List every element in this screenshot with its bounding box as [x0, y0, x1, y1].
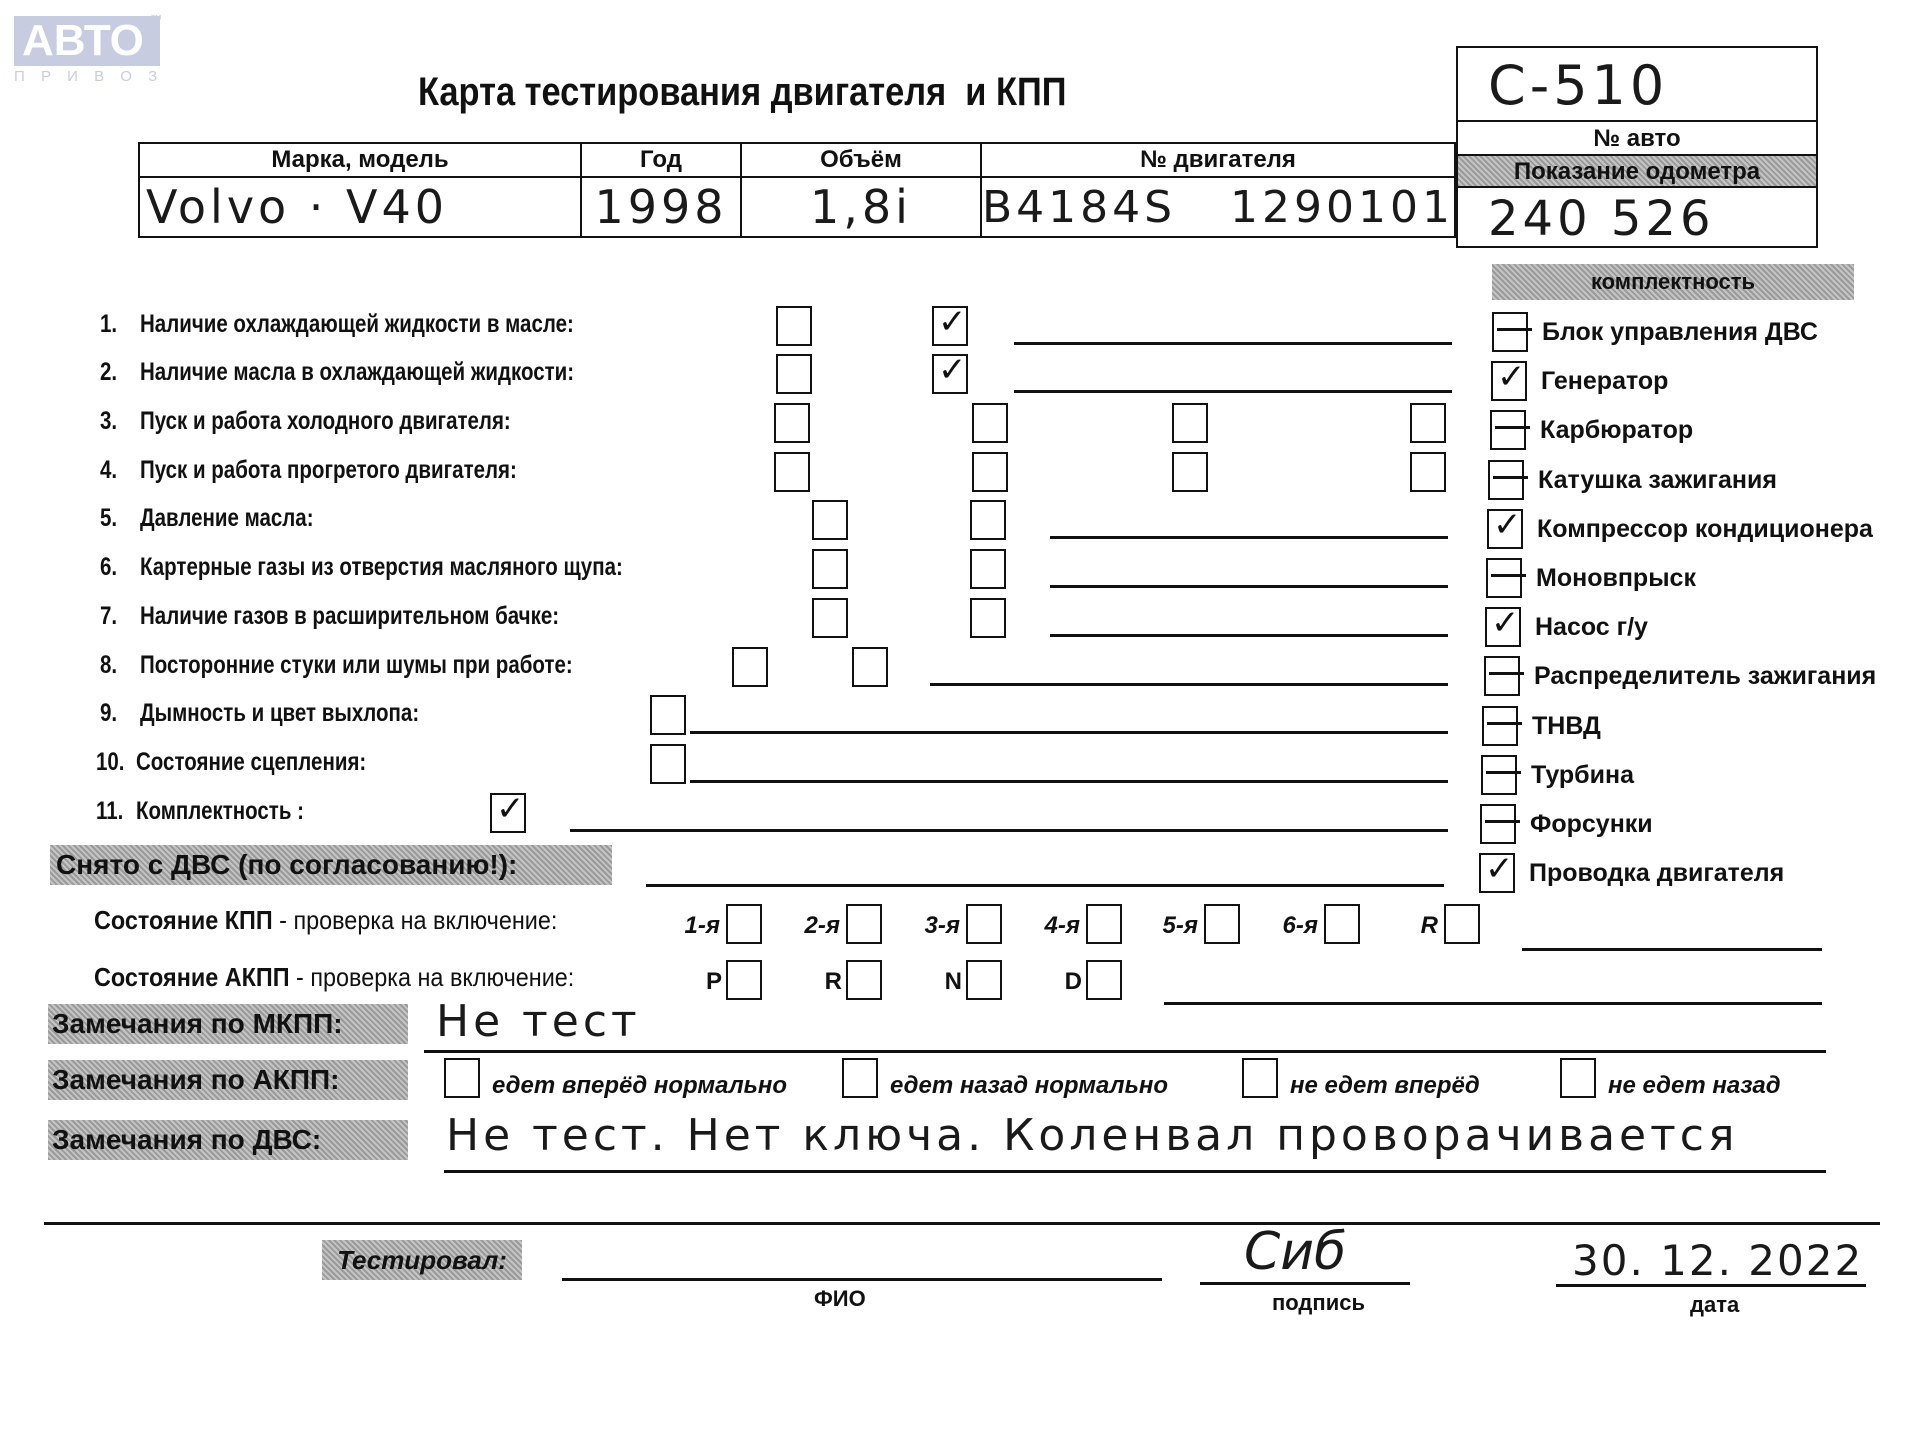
auto-mode-label: D — [1065, 968, 1082, 996]
mkpp-remarks-line — [424, 1050, 1826, 1053]
gear-checkbox[interactable] — [1444, 904, 1480, 944]
question-number: 9. — [100, 699, 117, 728]
gear-label: 2-я — [805, 912, 840, 940]
question-text: Наличие охлаждающей жидкости в масле: — [140, 310, 574, 339]
manual-gearbox-label-rest: - проверка на включение: — [273, 905, 558, 935]
gear-label: 6-я — [1283, 912, 1318, 940]
tested-by-label: Тестировал: — [322, 1240, 522, 1280]
option-checkbox[interactable] — [970, 500, 1006, 540]
completeness-checkbox[interactable]: ✓ — [1491, 361, 1527, 401]
gear-checkbox[interactable] — [1086, 904, 1122, 944]
question-text: Посторонние стуки или шумы при работе: — [140, 651, 573, 680]
fio-line[interactable] — [562, 1278, 1162, 1281]
option-checkbox[interactable] — [812, 598, 848, 638]
mkpp-remarks-value[interactable]: Не тест — [436, 996, 641, 1047]
completeness-title: комплектность — [1492, 264, 1854, 300]
dvs-remarks-label: Замечания по ДВС: — [48, 1120, 408, 1160]
auto-mode-label: N — [945, 968, 962, 996]
gear-label: R — [1421, 912, 1438, 940]
auto-gearbox-label-rest: - проверка на включение: — [290, 962, 575, 992]
completeness-item-label: Карбюратор — [1540, 416, 1693, 445]
question-number: 5. — [100, 504, 117, 533]
option-checkbox[interactable] — [774, 452, 810, 492]
auto-gearbox-row: Состояние АКПП - проверка на включение: — [94, 962, 574, 993]
gear-checkbox[interactable] — [846, 904, 882, 944]
signature-label: подпись — [1272, 1290, 1365, 1316]
completeness-checkbox[interactable]: ✓ — [1485, 607, 1521, 647]
engine-number-value: B4184S 1290101 — [981, 177, 1455, 237]
option-checkbox[interactable]: ✓ — [932, 354, 968, 394]
question-notes-line[interactable] — [1014, 390, 1452, 393]
gear-label: 1-я — [685, 912, 720, 940]
date-line[interactable] — [1556, 1284, 1866, 1287]
question-number: 2. — [100, 358, 117, 387]
checkmark-icon: ✓ — [496, 789, 525, 829]
car-number-label: № авто — [1458, 122, 1816, 156]
checkmark-icon: ✓ — [938, 302, 967, 342]
question-notes-line[interactable] — [1050, 585, 1448, 588]
akpp-remarks-label: Замечания по АКПП: — [48, 1060, 408, 1100]
gear-label: 5-я — [1163, 912, 1198, 940]
option-checkbox[interactable] — [972, 452, 1008, 492]
col-engine-number: № двигателя — [981, 143, 1455, 177]
question-number: 8. — [100, 651, 117, 680]
auto-mode-checkbox[interactable] — [966, 960, 1002, 1000]
question-text: Наличие масла в охлаждающей жидкости: — [140, 358, 574, 387]
completeness-item-label: Моновпрыск — [1536, 564, 1696, 593]
question-number: 3. — [100, 407, 117, 436]
gear-label: 4-я — [1045, 912, 1080, 940]
option-checkbox[interactable] — [812, 500, 848, 540]
question-text: Дымность и цвет выхлопа: — [140, 699, 419, 728]
completeness-checkbox[interactable] — [1492, 312, 1528, 352]
akpp-option-label: не едет назад — [1608, 1072, 1781, 1100]
question-text: Пуск и работа холодного двигателя: — [140, 407, 511, 436]
gear-checkbox[interactable] — [726, 904, 762, 944]
checkmark-icon: ✓ — [1497, 357, 1526, 397]
option-checkbox[interactable] — [1172, 403, 1208, 443]
akpp-option-checkbox[interactable] — [842, 1058, 878, 1098]
option-checkbox[interactable] — [732, 647, 768, 687]
dash-mark-icon — [1487, 722, 1522, 725]
checkmark-icon: ✓ — [1485, 849, 1514, 889]
checkmark-icon: ✓ — [938, 350, 967, 390]
option-checkbox[interactable] — [650, 695, 686, 735]
dash-mark-icon — [1485, 820, 1520, 823]
completeness-checkbox[interactable] — [1486, 558, 1522, 598]
option-checkbox[interactable] — [812, 549, 848, 589]
question-number: 10. — [96, 748, 125, 777]
question-notes-line[interactable] — [1050, 536, 1448, 539]
dash-mark-icon — [1497, 328, 1532, 331]
auto-mode-label: R — [825, 968, 842, 996]
completeness-item-label: Генератор — [1541, 367, 1668, 396]
car-number-value: C-510 — [1458, 48, 1816, 122]
completeness-item-label: Насос г/у — [1535, 613, 1648, 642]
completeness-checkbox[interactable] — [1482, 706, 1518, 746]
completeness-item-label: Блок управления ДВС — [1542, 318, 1818, 347]
option-checkbox[interactable] — [970, 549, 1006, 589]
odometer-value: 240 526 — [1458, 188, 1816, 248]
completeness-item-label: Турбина — [1531, 761, 1634, 790]
option-checkbox[interactable] — [774, 403, 810, 443]
option-checkbox[interactable] — [1172, 452, 1208, 492]
signature-line[interactable] — [1200, 1282, 1410, 1285]
question-number: 11. — [96, 797, 123, 826]
dvs-remarks-line — [444, 1170, 1826, 1173]
col-volume: Объём — [741, 143, 981, 177]
question-notes-line[interactable] — [690, 780, 1448, 783]
question-text: Комплектность : — [136, 797, 304, 826]
auto-mode-label: P — [706, 968, 722, 996]
completeness-checkbox[interactable] — [1480, 804, 1516, 844]
date-label: дата — [1690, 1292, 1739, 1318]
completeness-item-label: Компрессор кондиционера — [1537, 515, 1873, 544]
question-notes-line[interactable] — [1050, 634, 1448, 637]
col-brand-model: Марка, модель — [139, 143, 581, 177]
option-checkbox[interactable] — [852, 647, 888, 687]
manual-gearbox-line[interactable] — [1522, 948, 1822, 951]
question-text: Пуск и работа прогретого двигателя: — [140, 456, 517, 485]
question-number: 7. — [100, 602, 117, 631]
completeness-checkbox[interactable] — [1488, 460, 1524, 500]
gear-label: 3-я — [925, 912, 960, 940]
option-checkbox[interactable] — [650, 744, 686, 784]
volume-value: 1,8i — [741, 177, 981, 237]
completeness-item-label: ТНВД — [1532, 712, 1601, 741]
col-year: Год — [581, 143, 741, 177]
option-checkbox[interactable] — [776, 354, 812, 394]
akpp-option-label: едет назад нормально — [890, 1072, 1168, 1100]
gear-checkbox[interactable] — [1204, 904, 1240, 944]
question-number: 1. — [100, 310, 117, 339]
question-notes-line[interactable] — [930, 683, 1448, 686]
question-text: Состояние сцепления: — [136, 748, 366, 777]
completeness-item-label: Катушка зажигания — [1538, 466, 1777, 495]
removed-from-engine-line[interactable] — [646, 884, 1444, 887]
brand-model-value: Volvo · V40 — [139, 177, 581, 237]
auto-gearbox-label: Состояние АКПП — [94, 962, 290, 992]
divider-line — [44, 1222, 1880, 1225]
dvs-remarks-value[interactable]: Не тест. Нет ключа. Коленвал проворачива… — [446, 1110, 1738, 1161]
completeness-item-label: Распределитель зажигания — [1534, 662, 1876, 691]
removed-from-engine-label: Снято с ДВС (по согласованию!): — [50, 845, 612, 885]
akpp-option-checkbox[interactable] — [1242, 1058, 1278, 1098]
auto-mode-checkbox[interactable] — [726, 960, 762, 1000]
completeness-checkbox[interactable] — [1490, 410, 1526, 450]
question-text: Давление масла: — [140, 504, 314, 533]
question-notes-line[interactable] — [690, 731, 1448, 734]
akpp-option-checkbox[interactable] — [444, 1058, 480, 1098]
question-text: Наличие газов в расширительном бачке: — [140, 602, 559, 631]
akpp-option-checkbox[interactable] — [1560, 1058, 1596, 1098]
option-checkbox[interactable] — [776, 306, 812, 346]
auto-mode-checkbox[interactable] — [846, 960, 882, 1000]
option-checkbox[interactable] — [1410, 452, 1446, 492]
fio-label: ФИО — [814, 1286, 866, 1312]
checkmark-icon: ✓ — [1491, 603, 1520, 643]
question-number: 4. — [100, 456, 117, 485]
question-text: Картерные газы из отверстия масляного щу… — [140, 553, 623, 582]
option-checkbox[interactable]: ✓ — [932, 306, 968, 346]
page-title: Карта тестирования двигателя и КПП — [418, 70, 1066, 115]
car-number-box: C-510 № авто Показание одометра 240 526 — [1456, 46, 1818, 248]
dash-mark-icon — [1486, 771, 1521, 774]
logo-sub: П Р И В О З — [14, 68, 163, 85]
mkpp-remarks-label: Замечания по МКПП: — [48, 1004, 408, 1044]
year-value: 1998 — [581, 177, 741, 237]
dash-mark-icon — [1489, 672, 1524, 675]
completeness-item-label: Форсунки — [1530, 810, 1653, 839]
akpp-option-label: едет вперёд нормально — [492, 1072, 787, 1100]
signature-value: Сиб — [1244, 1222, 1346, 1282]
dash-mark-icon — [1495, 426, 1530, 429]
odometer-label: Показание одометра — [1458, 156, 1816, 188]
option-checkbox[interactable] — [970, 598, 1006, 638]
question-notes-line[interactable] — [1014, 342, 1452, 345]
option-checkbox[interactable]: ✓ — [490, 793, 526, 833]
dash-mark-icon — [1491, 574, 1526, 577]
auto-gearbox-line[interactable] — [1164, 1002, 1822, 1005]
completeness-checkbox[interactable]: ✓ — [1487, 509, 1523, 549]
question-number: 6. — [100, 553, 117, 582]
completeness-checkbox[interactable] — [1481, 755, 1517, 795]
dash-mark-icon — [1493, 476, 1528, 479]
logo: АВТО П Р И В О З ™ — [14, 16, 163, 85]
akpp-option-label: не едет вперёд — [1290, 1072, 1480, 1100]
completeness-checkbox[interactable]: ✓ — [1479, 853, 1515, 893]
manual-gearbox-row: Состояние КПП - проверка на включение: — [94, 905, 557, 936]
date-value: 30. 12. 2022 — [1572, 1236, 1863, 1285]
completeness-item-label: Проводка двигателя — [1529, 859, 1784, 888]
option-checkbox[interactable] — [1410, 403, 1446, 443]
manual-gearbox-label: Состояние КПП — [94, 905, 273, 935]
option-checkbox[interactable] — [972, 403, 1008, 443]
question-notes-line[interactable] — [570, 829, 1448, 832]
logo-main: АВТО — [14, 16, 160, 66]
auto-mode-checkbox[interactable] — [1086, 960, 1122, 1000]
logo-tm: ™ — [150, 12, 162, 26]
completeness-checkbox[interactable] — [1484, 656, 1520, 696]
checkmark-icon: ✓ — [1493, 505, 1522, 545]
gear-checkbox[interactable] — [1324, 904, 1360, 944]
vehicle-info-table: Марка, модель Год Объём № двигателя Volv… — [138, 142, 1456, 238]
gear-checkbox[interactable] — [966, 904, 1002, 944]
